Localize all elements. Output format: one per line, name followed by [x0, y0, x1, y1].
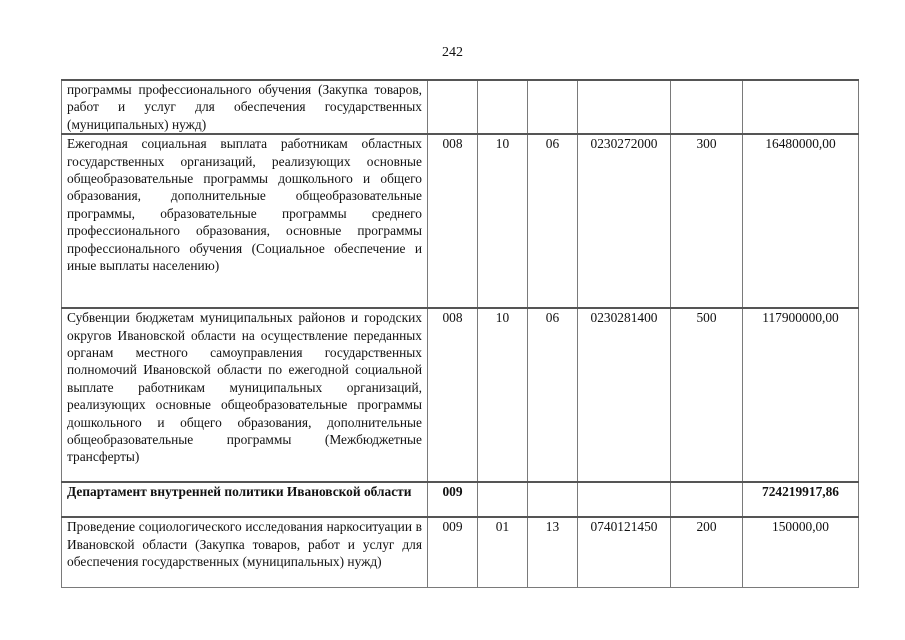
row-description: Субвенции бюджетам муниципальных районов…: [62, 308, 428, 482]
row-ved: 008: [428, 308, 478, 482]
row-amount: 16480000,00: [743, 134, 859, 308]
row-razdel: 10: [478, 134, 528, 308]
row-description: Ежегодная социальная выплата работникам …: [62, 134, 428, 308]
row-razdel: [478, 482, 528, 517]
row-description: Проведение социологического исследования…: [62, 517, 428, 587]
row-ved: 009: [428, 517, 478, 587]
row-csr: [578, 482, 671, 517]
row-amount: [743, 80, 859, 134]
table-row: программы профессионального обучения (За…: [62, 80, 859, 134]
table-row: Проведение социологического исследования…: [62, 517, 859, 587]
row-podrazdel: 06: [528, 134, 578, 308]
row-podrazdel: [528, 482, 578, 517]
page-number: 242: [0, 45, 905, 61]
row-csr: 0740121450: [578, 517, 671, 587]
row-ved: 008: [428, 134, 478, 308]
row-vr: 300: [671, 134, 743, 308]
row-podrazdel: [528, 80, 578, 134]
table-row: Субвенции бюджетам муниципальных районов…: [62, 308, 859, 482]
row-amount: 724219917,86: [743, 482, 859, 517]
row-vr: 500: [671, 308, 743, 482]
row-description: Департамент внутренней политики Ивановск…: [62, 482, 428, 517]
row-ved: [428, 80, 478, 134]
row-csr: 0230272000: [578, 134, 671, 308]
row-ved: 009: [428, 482, 478, 517]
row-amount: 150000,00: [743, 517, 859, 587]
row-csr: 0230281400: [578, 308, 671, 482]
row-razdel: 10: [478, 308, 528, 482]
row-razdel: [478, 80, 528, 134]
row-podrazdel: 13: [528, 517, 578, 587]
table-row: Ежегодная социальная выплата работникам …: [62, 134, 859, 308]
row-vr: [671, 80, 743, 134]
row-vr: [671, 482, 743, 517]
budget-table: программы профессионального обучения (За…: [61, 79, 859, 588]
row-vr: 200: [671, 517, 743, 587]
row-csr: [578, 80, 671, 134]
row-podrazdel: 06: [528, 308, 578, 482]
row-razdel: 01: [478, 517, 528, 587]
table-row-department: Департамент внутренней политики Ивановск…: [62, 482, 859, 517]
row-amount: 117900000,00: [743, 308, 859, 482]
row-description: программы профессионального обучения (За…: [62, 80, 428, 134]
